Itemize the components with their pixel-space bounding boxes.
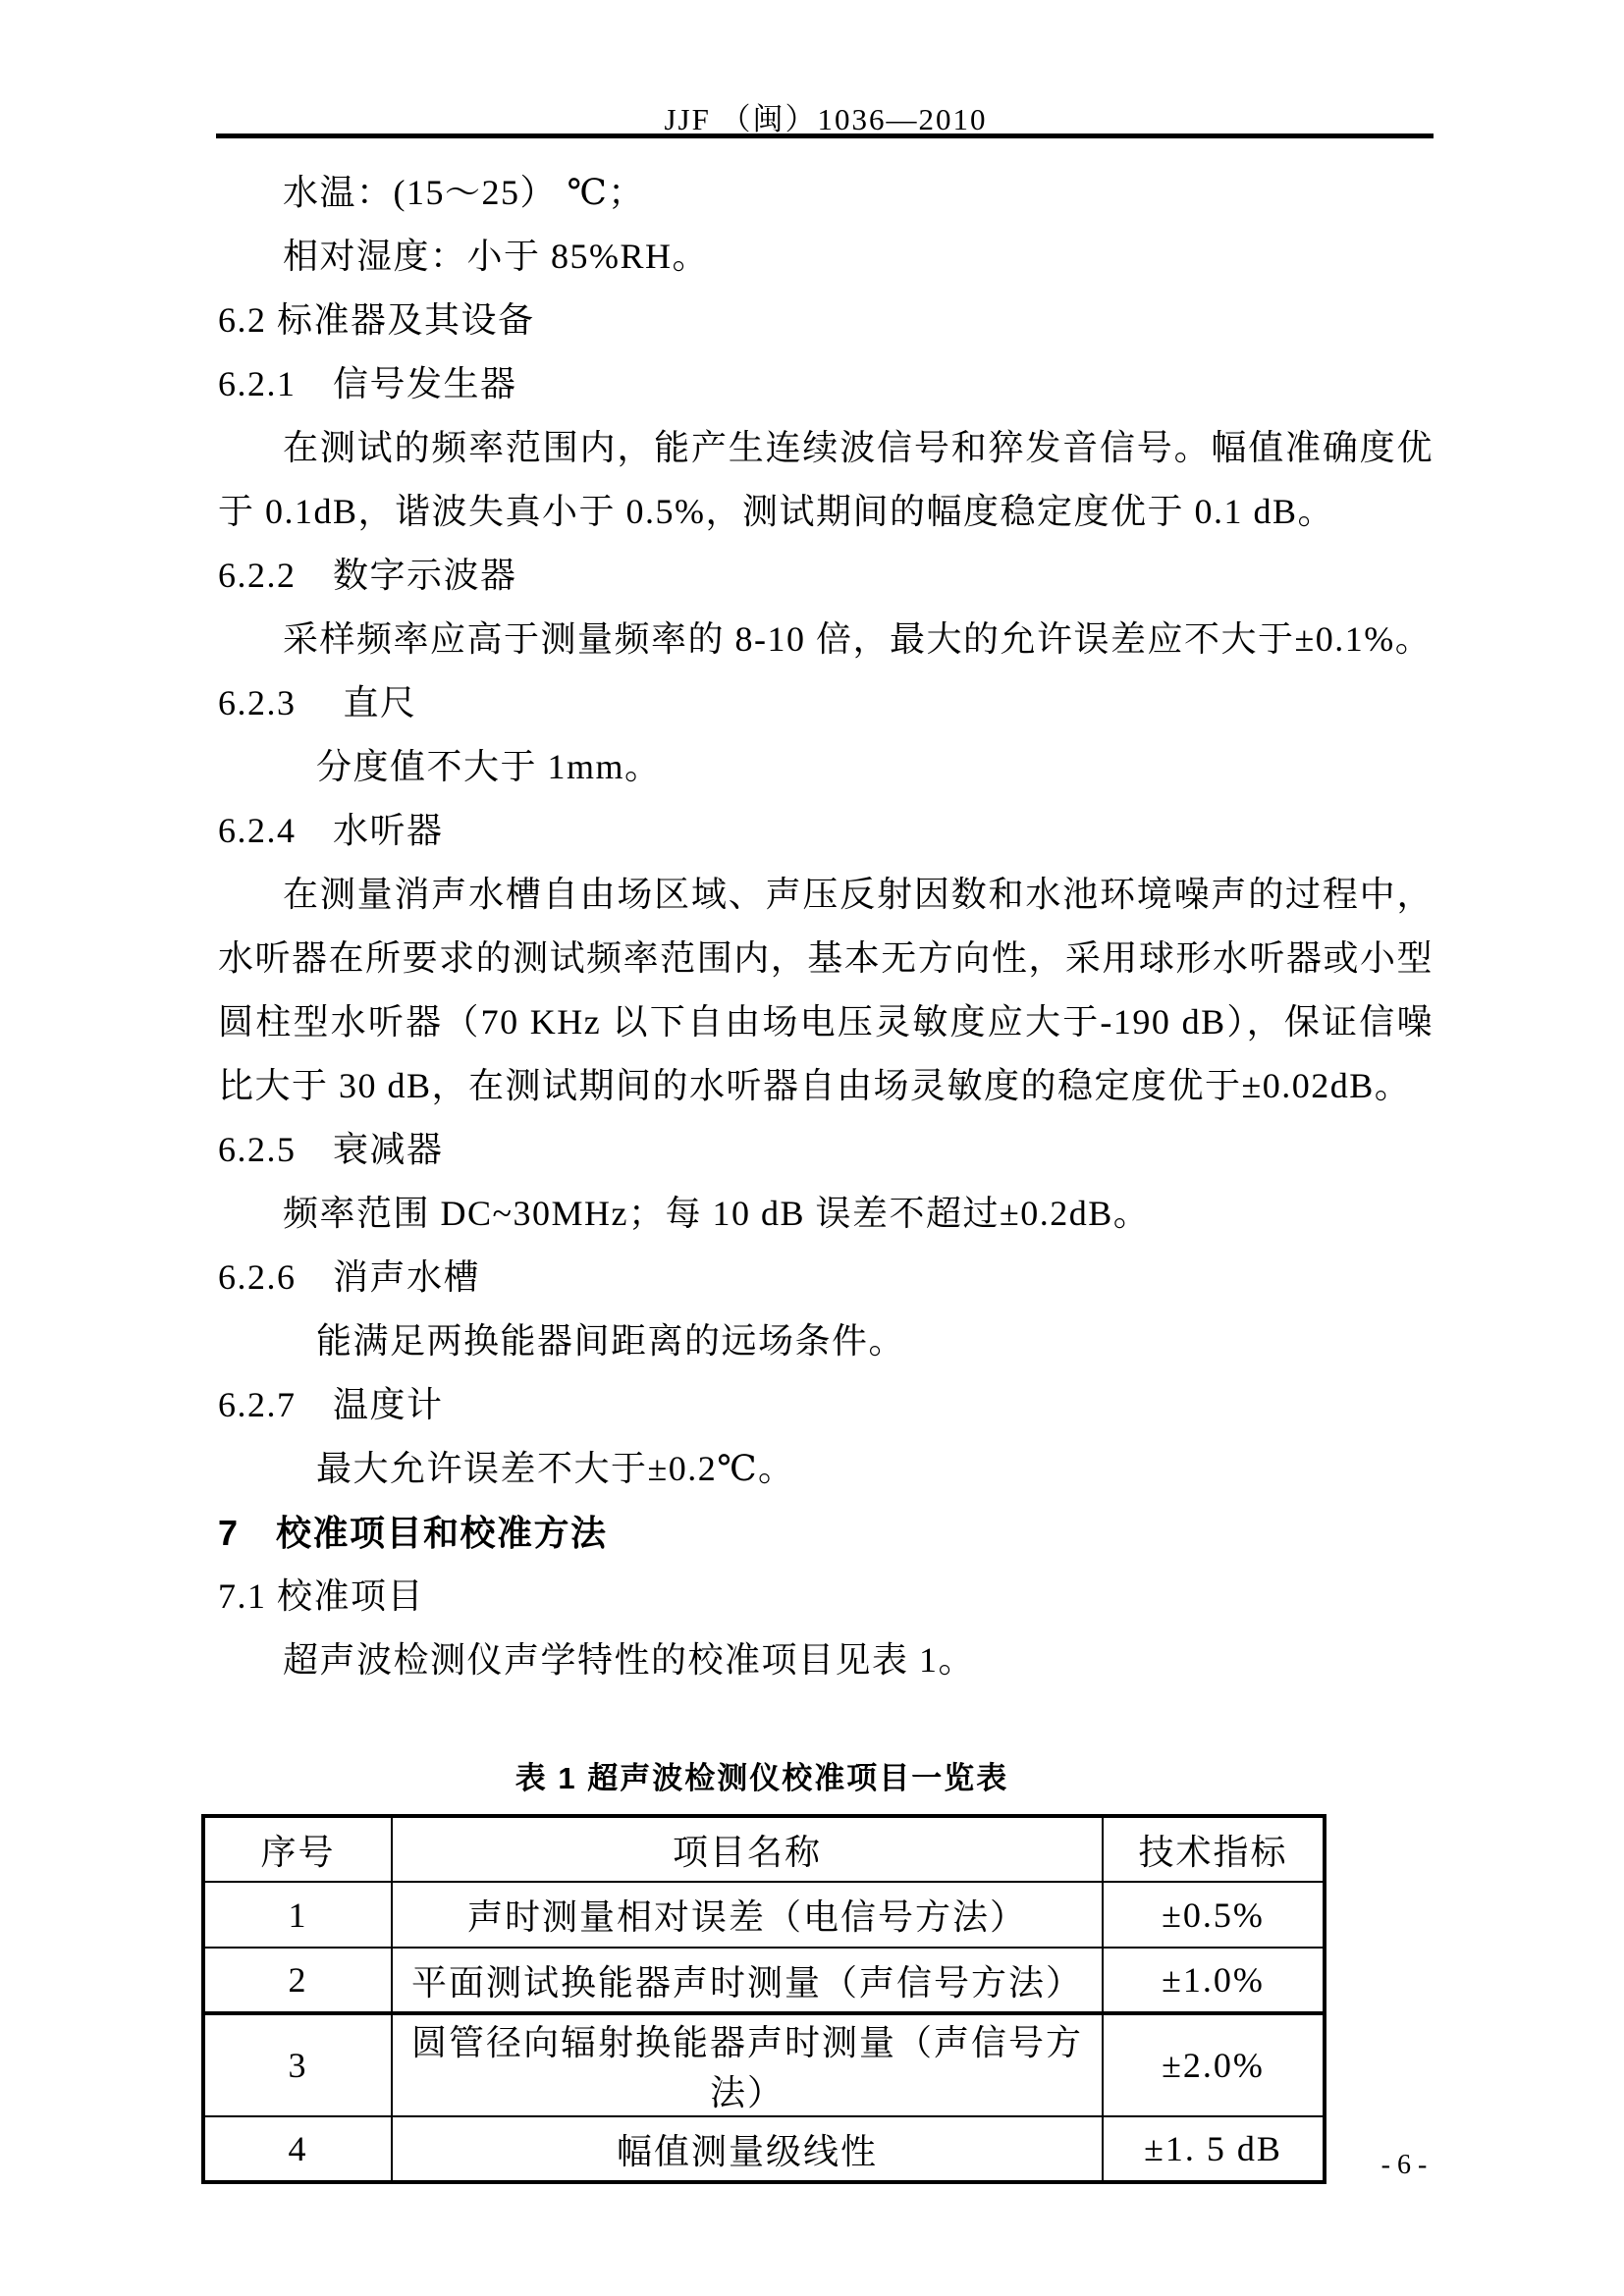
page-number: - 6 - (1360, 2150, 1448, 2181)
document-page: JJF （闽）1036—2010 水温：(15～25） ℃； 相对湿度：小于 8… (0, 0, 1624, 2296)
table-cell-index: 2 (203, 1948, 392, 2013)
heading-6-2-1: 6.2.1 信号发生器 (218, 352, 1434, 416)
paragraph-water-temp: 水温：(15～25） ℃； (218, 161, 1434, 225)
paragraph-ruler: 分度值不大于 1mm。 (218, 735, 1434, 799)
heading-6-2-3: 6.2.3 直尺 (218, 671, 1434, 735)
header-rule (216, 133, 1434, 138)
table-cell-item: 幅值测量级线性 (392, 2116, 1103, 2182)
paragraph-signal-generator: 在测试的频率范围内，能产生连续波信号和猝发音信号。幅值准确度优于 0.1dB，谐… (218, 416, 1434, 544)
table-cell-spec: ±0.5% (1103, 1882, 1325, 1948)
heading-7-1: 7.1 校准项目 (218, 1565, 1434, 1629)
doc-header-title: JJF （闽）1036—2010 (218, 94, 1434, 138)
paragraph-anechoic-tank: 能满足两换能器间距离的远场条件。 (218, 1309, 1434, 1373)
heading-6-2-4: 6.2.4 水听器 (218, 799, 1434, 863)
calibration-items-table: 序号 项目名称 技术指标 1 声时测量相对误差（电信号方法） ±0.5% 2 平… (201, 1814, 1326, 2184)
table-row: 3 圆管径向辐射换能器声时测量（声信号方法） ±2.0% (203, 2013, 1325, 2116)
table-header-spec: 技术指标 (1103, 1816, 1325, 1882)
table-cell-item: 声时测量相对误差（电信号方法） (392, 1882, 1103, 1948)
paragraph-calibration-items: 超声波检测仪声学特性的校准项目见表 1。 (218, 1629, 1434, 1692)
heading-6-2-7: 6.2.7 温度计 (218, 1373, 1434, 1437)
table-row: 4 幅值测量级线性 ±1. 5 dB (203, 2116, 1325, 2182)
table-header-item: 项目名称 (392, 1816, 1103, 1882)
table-cell-spec: ±1.0% (1103, 1948, 1325, 2013)
table-cell-index: 1 (203, 1882, 392, 1948)
document-body: 水温：(15～25） ℃； 相对湿度：小于 85%RH。 6.2 标准器及其设备… (218, 161, 1434, 1692)
table-title: 表 1 超声波检测仪校准项目一览表 (201, 1753, 1323, 1797)
paragraph-oscilloscope: 采样频率应高于测量频率的 8-10 倍，最大的允许误差应不大于±0.1%。 (218, 608, 1434, 671)
heading-7: 7 校准项目和校准方法 (218, 1501, 1434, 1565)
table-cell-spec: ±1. 5 dB (1103, 2116, 1325, 2182)
heading-6-2: 6.2 标准器及其设备 (218, 289, 1434, 352)
table-cell-index: 3 (203, 2013, 392, 2116)
table-row: 2 平面测试换能器声时测量（声信号方法） ±1.0% (203, 1948, 1325, 2013)
table-header-row: 序号 项目名称 技术指标 (203, 1816, 1325, 1882)
heading-6-2-6: 6.2.6 消声水槽 (218, 1246, 1434, 1309)
heading-6-2-5: 6.2.5 衰减器 (218, 1118, 1434, 1182)
table-cell-index: 4 (203, 2116, 392, 2182)
paragraph-hydrophone: 在测量消声水槽自由场区域、声压反射因数和水池环境噪声的过程中，水听器在所要求的测… (218, 863, 1434, 1118)
table-cell-item: 平面测试换能器声时测量（声信号方法） (392, 1948, 1103, 2013)
heading-6-2-2: 6.2.2 数字示波器 (218, 544, 1434, 608)
table-row: 1 声时测量相对误差（电信号方法） ±0.5% (203, 1882, 1325, 1948)
table-cell-item: 圆管径向辐射换能器声时测量（声信号方法） (392, 2013, 1103, 2116)
paragraph-humidity: 相对湿度：小于 85%RH。 (218, 225, 1434, 289)
paragraph-thermometer: 最大允许误差不大于±0.2℃。 (218, 1437, 1434, 1501)
paragraph-attenuator: 频率范围 DC~30MHz；每 10 dB 误差不超过±0.2dB。 (218, 1182, 1434, 1246)
table-cell-spec: ±2.0% (1103, 2013, 1325, 2116)
table-header-index: 序号 (203, 1816, 392, 1882)
